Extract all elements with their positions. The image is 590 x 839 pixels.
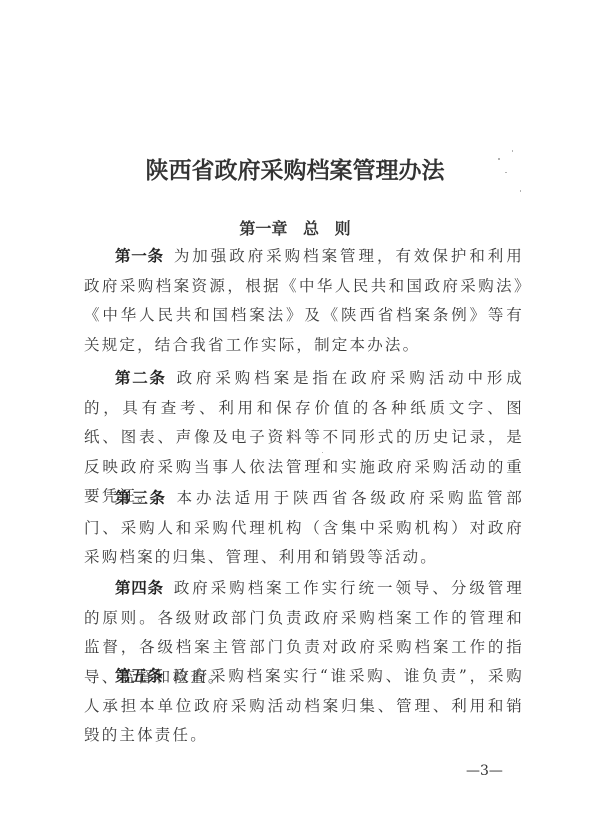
article-heading: 第五条 <box>115 667 163 685</box>
scan-speck <box>318 458 320 460</box>
article-heading: 第四条 <box>115 579 164 597</box>
scan-speck <box>520 190 521 192</box>
article-1: 第一条为加强政府采购档案管理，有效保护和利用政府采购档案资源，根据《中华人民共和… <box>84 242 524 360</box>
scan-speck <box>498 158 500 160</box>
article-heading: 第一条 <box>115 247 164 265</box>
document-title: 陕西省政府采购档案管理办法 <box>0 152 590 185</box>
scan-speck <box>512 150 513 152</box>
scan-speck <box>322 452 323 453</box>
chapter-number: 第一章 <box>239 219 287 238</box>
article-3: 第三条本办法适用于陕西省各级政府采购监管部门、采购人和采购代理机构（含集中采购机… <box>84 484 524 573</box>
chapter-name-part1: 总 <box>303 219 319 238</box>
chapter-heading: 第一章 总 则 <box>0 216 590 239</box>
article-5: 第五条政府采购档案实行“谁采购、谁负责”，采购人承担本单位政府采购活动档案归集、… <box>84 662 524 751</box>
page-number: —3— <box>466 763 503 779</box>
article-heading: 第三条 <box>115 489 167 507</box>
scan-speck <box>505 172 507 173</box>
article-heading: 第二条 <box>115 369 167 387</box>
chapter-name-part2: 则 <box>335 219 351 238</box>
